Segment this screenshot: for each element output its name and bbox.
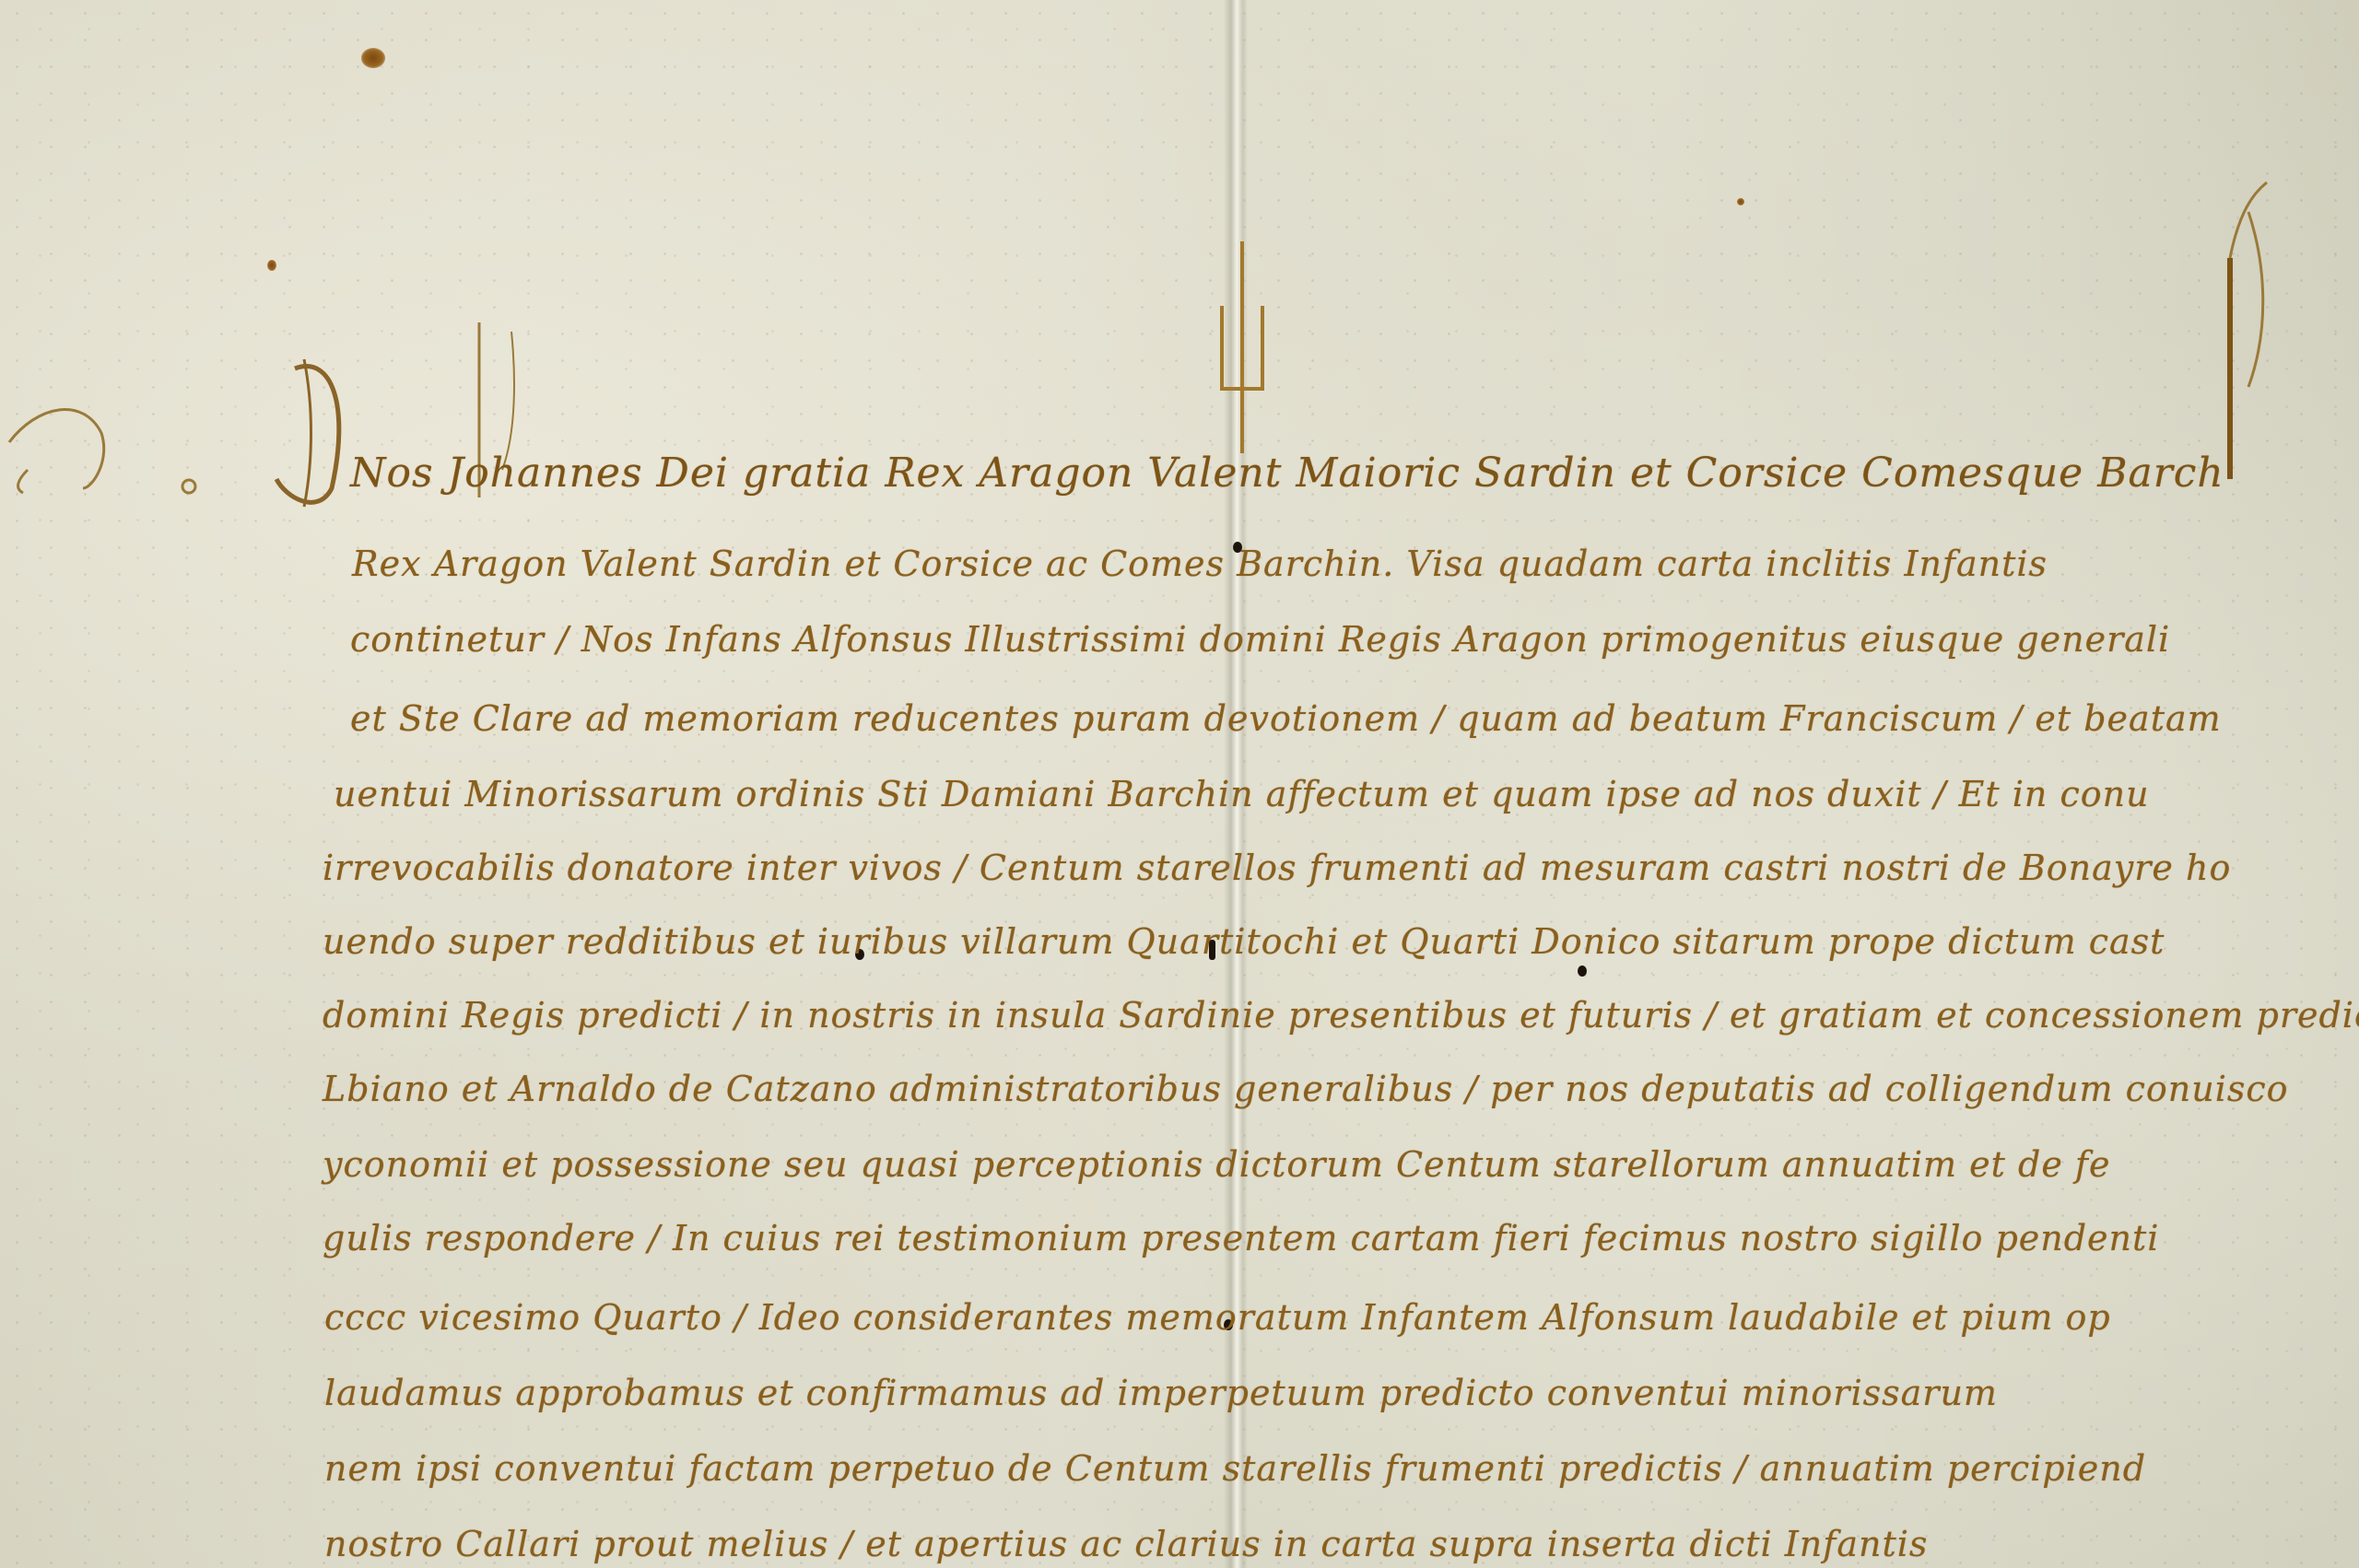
charter-line-7: uendo super redditibus et iuribus villar… (323, 921, 2165, 962)
charter-line-1: Nos Johannes Dei gratia Rex Aragon Valen… (350, 450, 2224, 497)
charter-line-14: nem ipsi conventui factam perpetuo de Ce… (324, 1448, 2146, 1489)
charter-line-8: domini Regis predicti / in nostris in in… (323, 995, 2359, 1036)
charter-line-5: uentui Minorissarum ordinis Sti Damiani … (334, 774, 2150, 814)
rust-stain-top-left (361, 48, 385, 68)
charter-line-4: et Ste Clare ad memoriam reducentes pura… (350, 698, 2222, 739)
charter-line-3: continetur / Nos Infans Alfonsus Illustr… (350, 619, 2170, 660)
charter-line-6: irrevocabilis donatore inter vivos / Cen… (323, 848, 2231, 888)
rust-stain-small (267, 260, 276, 271)
charter-line-15: nostro Callari prout melius / et apertiu… (324, 1524, 1928, 1564)
chrismon-trident-mark (1215, 241, 1270, 453)
charter-line-12: cccc vicesimo Quarto / Ideo considerante… (324, 1297, 2111, 1338)
charter-line-9: Lbiano et Arnaldo de Catzano administrat… (323, 1069, 2289, 1109)
charter-line-11: gulis respondere / In cuius rei testimon… (323, 1218, 2159, 1258)
right-ascender-flourish (2212, 175, 2276, 479)
charter-line-2: Rex Aragon Valent Sardin et Corsice ac C… (352, 544, 2048, 584)
ink-dot (1578, 965, 1587, 977)
charter-line-10: yconomii et possessione seu quasi percep… (323, 1144, 2110, 1185)
rust-stain-small-2 (1737, 198, 1744, 205)
charter-line-13: laudamus approbamus et confirmamus ad im… (324, 1373, 1998, 1413)
